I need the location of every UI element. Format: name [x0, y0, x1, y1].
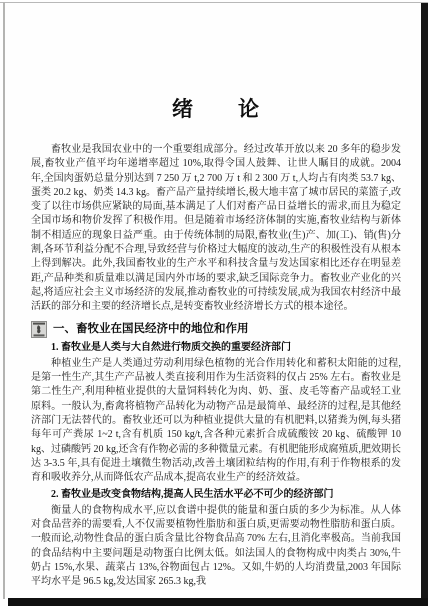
page-content: 绪 论 畜牧业是我国农业中的一个重要组成部分。经过改革开放以来 20 多年的稳步… [31, 0, 401, 590]
scan-edge-bottom-shadow [8, 598, 428, 606]
scan-edge-left-rule [3, 2, 5, 599]
scanned-book-page: 绪 论 畜牧业是我国农业中的一个重要组成部分。经过改革开放以来 20 多年的稳步… [0, 0, 428, 606]
intro-paragraph: 畜牧业是我国农业中的一个重要组成部分。经过改革开放以来 20 多年的稳步发展,畜… [31, 143, 401, 315]
subsection-2-paragraph: 衡量人的食物构成水平,应以食谱中提供的能量和蛋白质的多少为标准。从人体对食品营养… [31, 504, 401, 590]
section-marker-icon [31, 321, 47, 338]
subsection-1-paragraph: 种植业生产是人类通过劳动利用绿色植物的光合作用转化和蓄积太阳能的过程,是第一性生… [31, 357, 401, 486]
scan-edge-right-shadow [421, 3, 428, 606]
chapter-title: 绪 论 [31, 96, 401, 123]
subsection-1-heading: 1. 畜牧业是人类与大自然进行物质交换的重要经济部门 [31, 341, 401, 355]
subsection-2-heading: 2. 畜牧业是改变食物结构,提高人民生活水平必不可少的经济部门 [31, 488, 401, 502]
section-title: 一、畜牧业在国民经济中的地位和作用 [53, 322, 249, 336]
section-heading-row: 一、畜牧业在国民经济中的地位和作用 [31, 321, 401, 338]
scan-edge-top-rule [0, 2, 428, 3]
